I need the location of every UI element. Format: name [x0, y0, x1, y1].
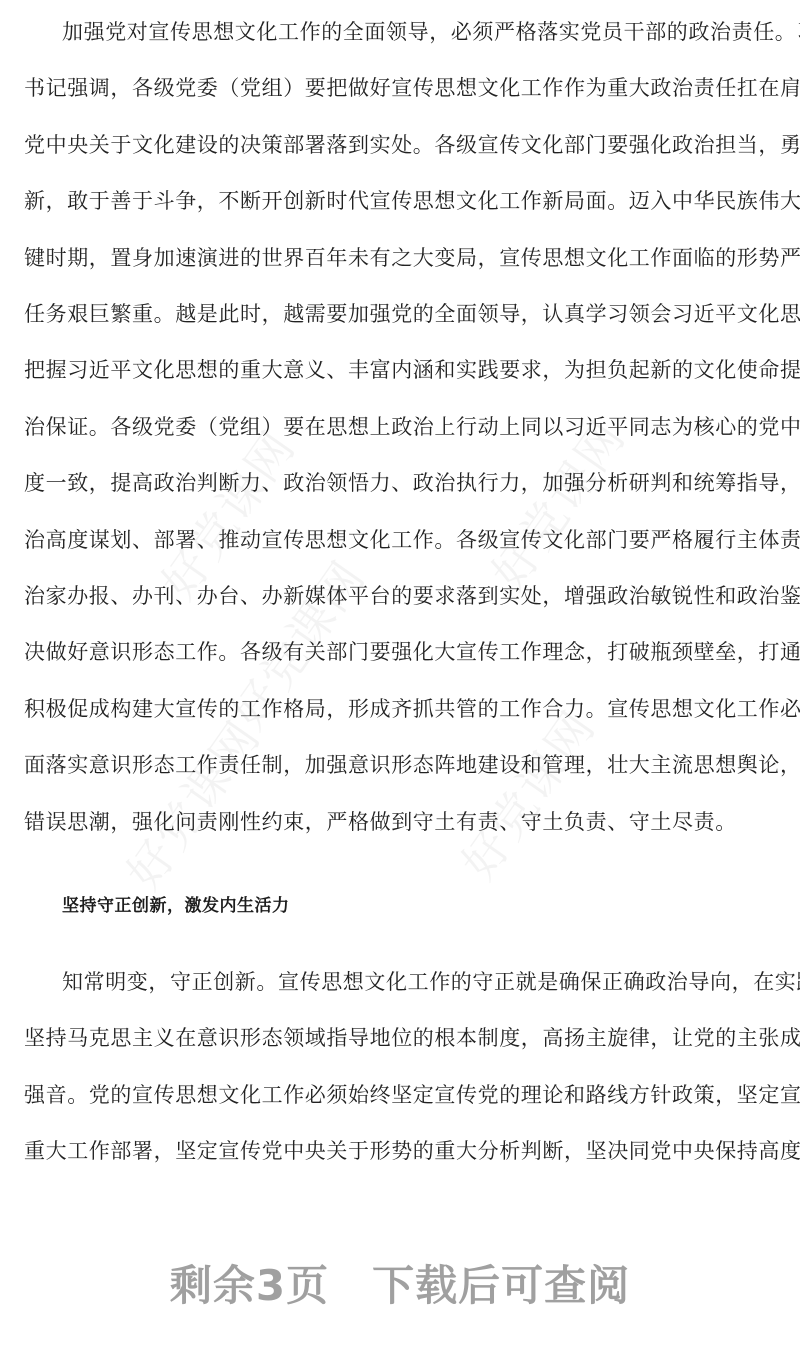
paragraph-line: 治高度谋划、部署、推动宣传思想文化工作。各级宣传文化部门要严格履行主体责任，把政	[24, 512, 800, 568]
remaining-pages-download-prompt[interactable]: 剩余3页 下载后可查阅	[0, 1260, 800, 1312]
paragraph-line: 治保证。各级党委（党组）要在思想上政治上行动上同以习近平同志为核心的党中央保持高	[24, 399, 800, 455]
paragraph-line: 重大工作部署，坚定宣传党中央关于形势的重大分析判断，坚决同党中央保持高度一致，坚	[24, 1123, 800, 1179]
paragraph-line: 任务艰巨繁重。越是此时，越需要加强党的全面领导，认真学习领会习近平文化思想，深刻	[24, 286, 800, 342]
paragraph-line: 书记强调，各级党委（党组）要把做好宣传思想文化工作作为重大政治责任扛在肩上，确保	[24, 60, 800, 116]
paragraph-line: 党中央关于文化建设的决策部署落到实处。各级宣传文化部门要强化政治担当，勇于改革创	[24, 117, 800, 173]
paragraph-line: 键时期，置身加速演进的世界百年未有之大变局，宣传思想文化工作面临的形势严峻复杂、	[24, 230, 800, 286]
paragraph-line: 面落实意识形态工作责任制，加强意识形态阵地建设和管理，壮大主流思想舆论，破除各种	[24, 737, 800, 793]
paragraph-line: 把握习近平文化思想的重大意义、丰富内涵和实践要求，为担负起新的文化使命提供坚强政	[24, 342, 800, 398]
paragraph-line: 坚持马克思主义在意识形态领域指导地位的根本制度，高扬主旋律，让党的主张成为时代最	[24, 1010, 800, 1066]
paragraph-line: 决做好意识形态工作。各级有关部门要强化大宣传工作理念，打破瓶颈壁垒，打通内在关联…	[24, 624, 800, 680]
paragraph-line: 新，敢于善于斗争，不断开创新时代宣传思想文化工作新局面。迈入中华民族伟大复兴的关	[24, 173, 800, 229]
paragraph-line: 错误思潮，强化问责刚性约束，严格做到守土有责、守土负责、守土尽责。	[24, 794, 737, 850]
paragraph-line: 强音。党的宣传思想文化工作必须始终坚定宣传党的理论和路线方针政策，坚定宣传党中央	[24, 1067, 800, 1123]
paragraph-line: 度一致，提高政治判断力、政治领悟力、政治执行力，加强分析研判和统筹指导，切实从政	[24, 455, 800, 511]
paragraph-line: 积极促成构建大宣传的工作格局，形成齐抓共管的工作合力。宣传思想文化工作必须做到全	[24, 681, 800, 737]
paragraph-line: 治家办报、办刊、办台、办新媒体平台的要求落到实处，增强政治敏锐性和政治鉴别力，坚	[24, 568, 800, 624]
document-page: 好党课网 好党课网 好党课网 好党课网 好党课网 加强党对宣传思想文化工作的全面…	[0, 0, 800, 1364]
paragraph-line: 知常明变，守正创新。宣传思想文化工作的守正就是确保正确政治导向，在实践中牢牢	[62, 954, 800, 1010]
paragraph-line: 加强党对宣传思想文化工作的全面领导，必须严格落实党员干部的政治责任。习近平总	[62, 4, 800, 60]
section-heading: 坚持守正创新，激发内生活力	[62, 888, 290, 924]
